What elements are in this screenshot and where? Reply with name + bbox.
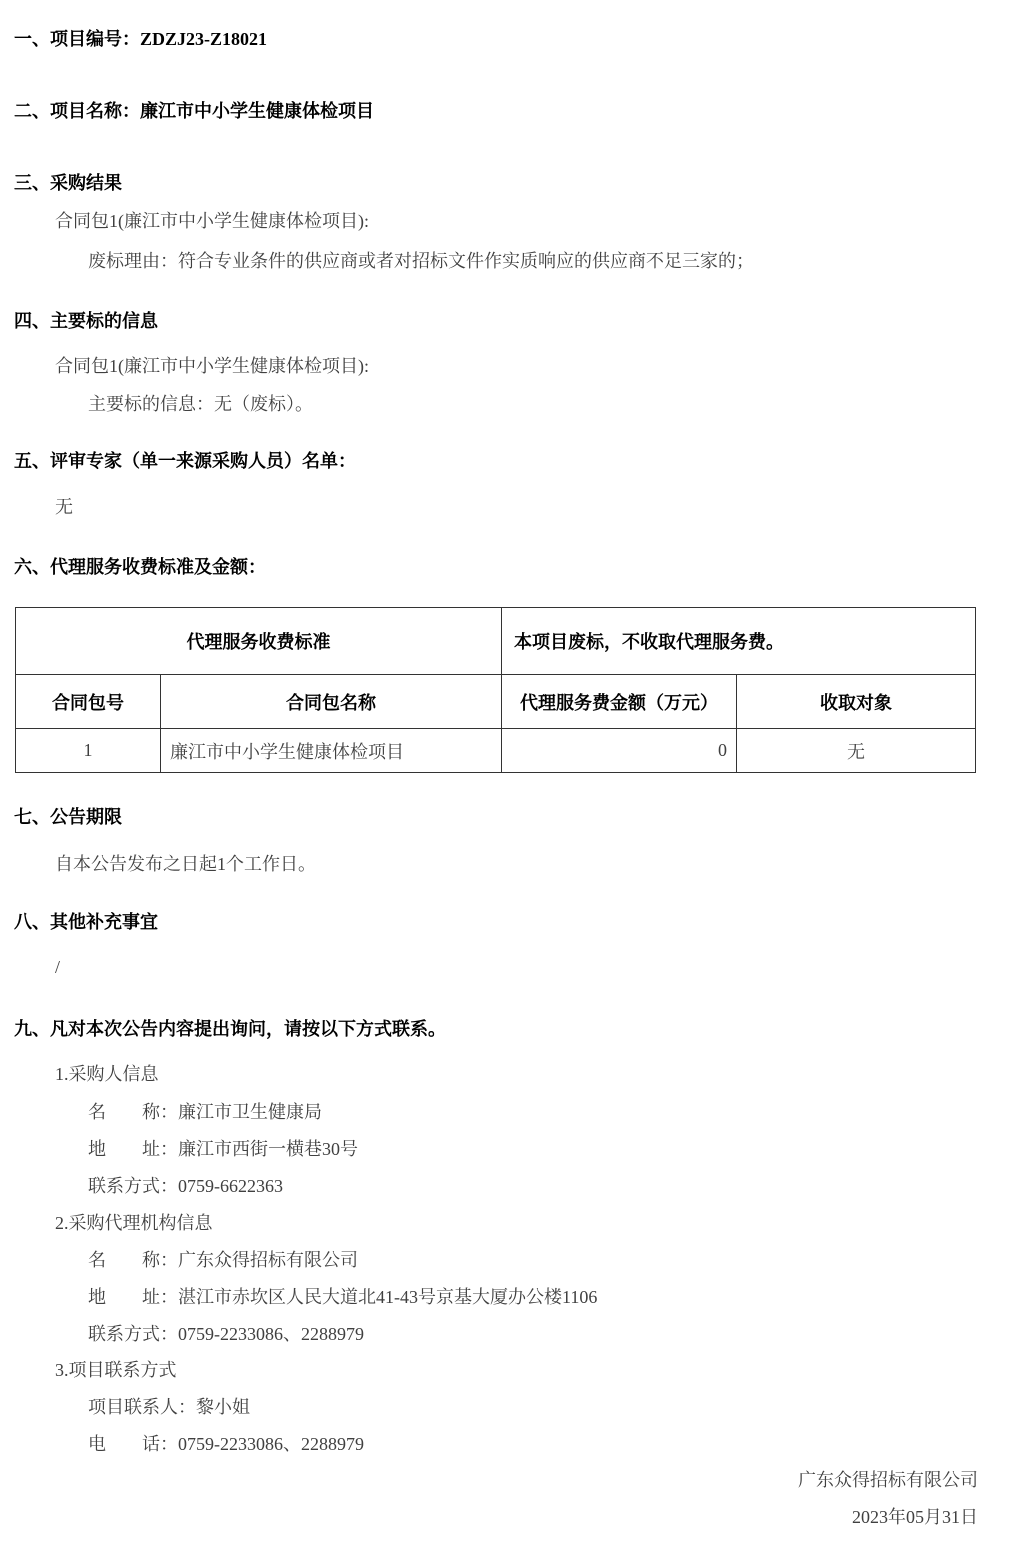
agency-info-title: 2.采购代理机构信息 bbox=[14, 1211, 978, 1235]
column-header-charged-party: 收取对象 bbox=[737, 675, 976, 729]
agency-contact: 联系方式：0759-2233086、2288979 bbox=[14, 1322, 978, 1346]
agency-address: 地 址：湛江市赤坎区人民大道北41-43号京基大厦办公楼1106 bbox=[14, 1285, 978, 1309]
table-row-data: 1 廉江市中小学生健康体检项目 0 无 bbox=[16, 729, 976, 773]
purchaser-info-title: 1.采购人信息 bbox=[14, 1062, 978, 1086]
column-header-fee-amount: 代理服务费金额（万元） bbox=[502, 675, 737, 729]
cell-fee-amount: 0 bbox=[502, 729, 737, 773]
agency-fee-table: 代理服务收费标准 本项目废标，不收取代理服务费。 合同包号 合同包名称 代理服务… bbox=[15, 607, 976, 773]
section-8-title: 八、其他补充事宜 bbox=[14, 910, 978, 934]
announcement-document: 一、项目编号：ZDZJ23-Z18021 二、项目名称：廉江市中小学生健康体检项… bbox=[0, 0, 1010, 1551]
section-7-value: 自本公告发布之日起1个工作日。 bbox=[14, 852, 978, 876]
project-contact-phone: 电 话：0759-2233086、2288979 bbox=[14, 1432, 978, 1456]
signature-company: 广东众得招标有限公司 bbox=[14, 1468, 978, 1492]
section-3-reason-line: 废标理由：符合专业条件的供应商或者对招标文件作实质响应的供应商不足三家的； bbox=[14, 249, 978, 273]
purchaser-contact: 联系方式：0759-6622363 bbox=[14, 1174, 978, 1198]
section-4-title: 四、主要标的信息 bbox=[14, 309, 978, 333]
fee-note-header-cell: 本项目废标，不收取代理服务费。 bbox=[502, 608, 976, 675]
section-6-title: 六、代理服务收费标准及金额： bbox=[14, 555, 978, 579]
fee-standard-header-cell: 代理服务收费标准 bbox=[16, 608, 502, 675]
section-2-title: 二、项目名称：廉江市中小学生健康体检项目 bbox=[14, 99, 978, 123]
section-4-package-line: 合同包1(廉江市中小学生健康体检项目): bbox=[14, 354, 978, 378]
table-row-column-headers: 合同包号 合同包名称 代理服务费金额（万元） 收取对象 bbox=[16, 675, 976, 729]
section-4-info-line: 主要标的信息：无（废标）。 bbox=[14, 392, 978, 416]
section-8-value: / bbox=[14, 955, 978, 979]
purchaser-name: 名 称：廉江市卫生健康局 bbox=[14, 1100, 978, 1124]
section-5-title: 五、评审专家（单一来源采购人员）名单： bbox=[14, 449, 978, 473]
section-3-package-line: 合同包1(廉江市中小学生健康体检项目): bbox=[14, 209, 978, 233]
project-contact-title: 3.项目联系方式 bbox=[14, 1358, 978, 1382]
project-contact-person: 项目联系人：黎小姐 bbox=[14, 1395, 978, 1419]
section-1-title: 一、项目编号：ZDZJ23-Z18021 bbox=[14, 27, 978, 51]
section-9-title: 九、凡对本次公告内容提出询问，请按以下方式联系。 bbox=[14, 1017, 978, 1041]
purchaser-address: 地 址：廉江市西街一横巷30号 bbox=[14, 1137, 978, 1161]
table-row-merged-header: 代理服务收费标准 本项目废标，不收取代理服务费。 bbox=[16, 608, 976, 675]
signature-date: 2023年05月31日 bbox=[14, 1505, 978, 1529]
agency-name: 名 称：广东众得招标有限公司 bbox=[14, 1248, 978, 1272]
cell-charged-party: 无 bbox=[737, 729, 976, 773]
cell-package-no: 1 bbox=[16, 729, 161, 773]
cell-package-name: 廉江市中小学生健康体检项目 bbox=[161, 729, 502, 773]
column-header-package-name: 合同包名称 bbox=[161, 675, 502, 729]
section-3-title: 三、采购结果 bbox=[14, 171, 978, 195]
section-7-title: 七、公告期限 bbox=[14, 805, 978, 829]
section-5-value: 无 bbox=[14, 495, 978, 519]
column-header-package-no: 合同包号 bbox=[16, 675, 161, 729]
